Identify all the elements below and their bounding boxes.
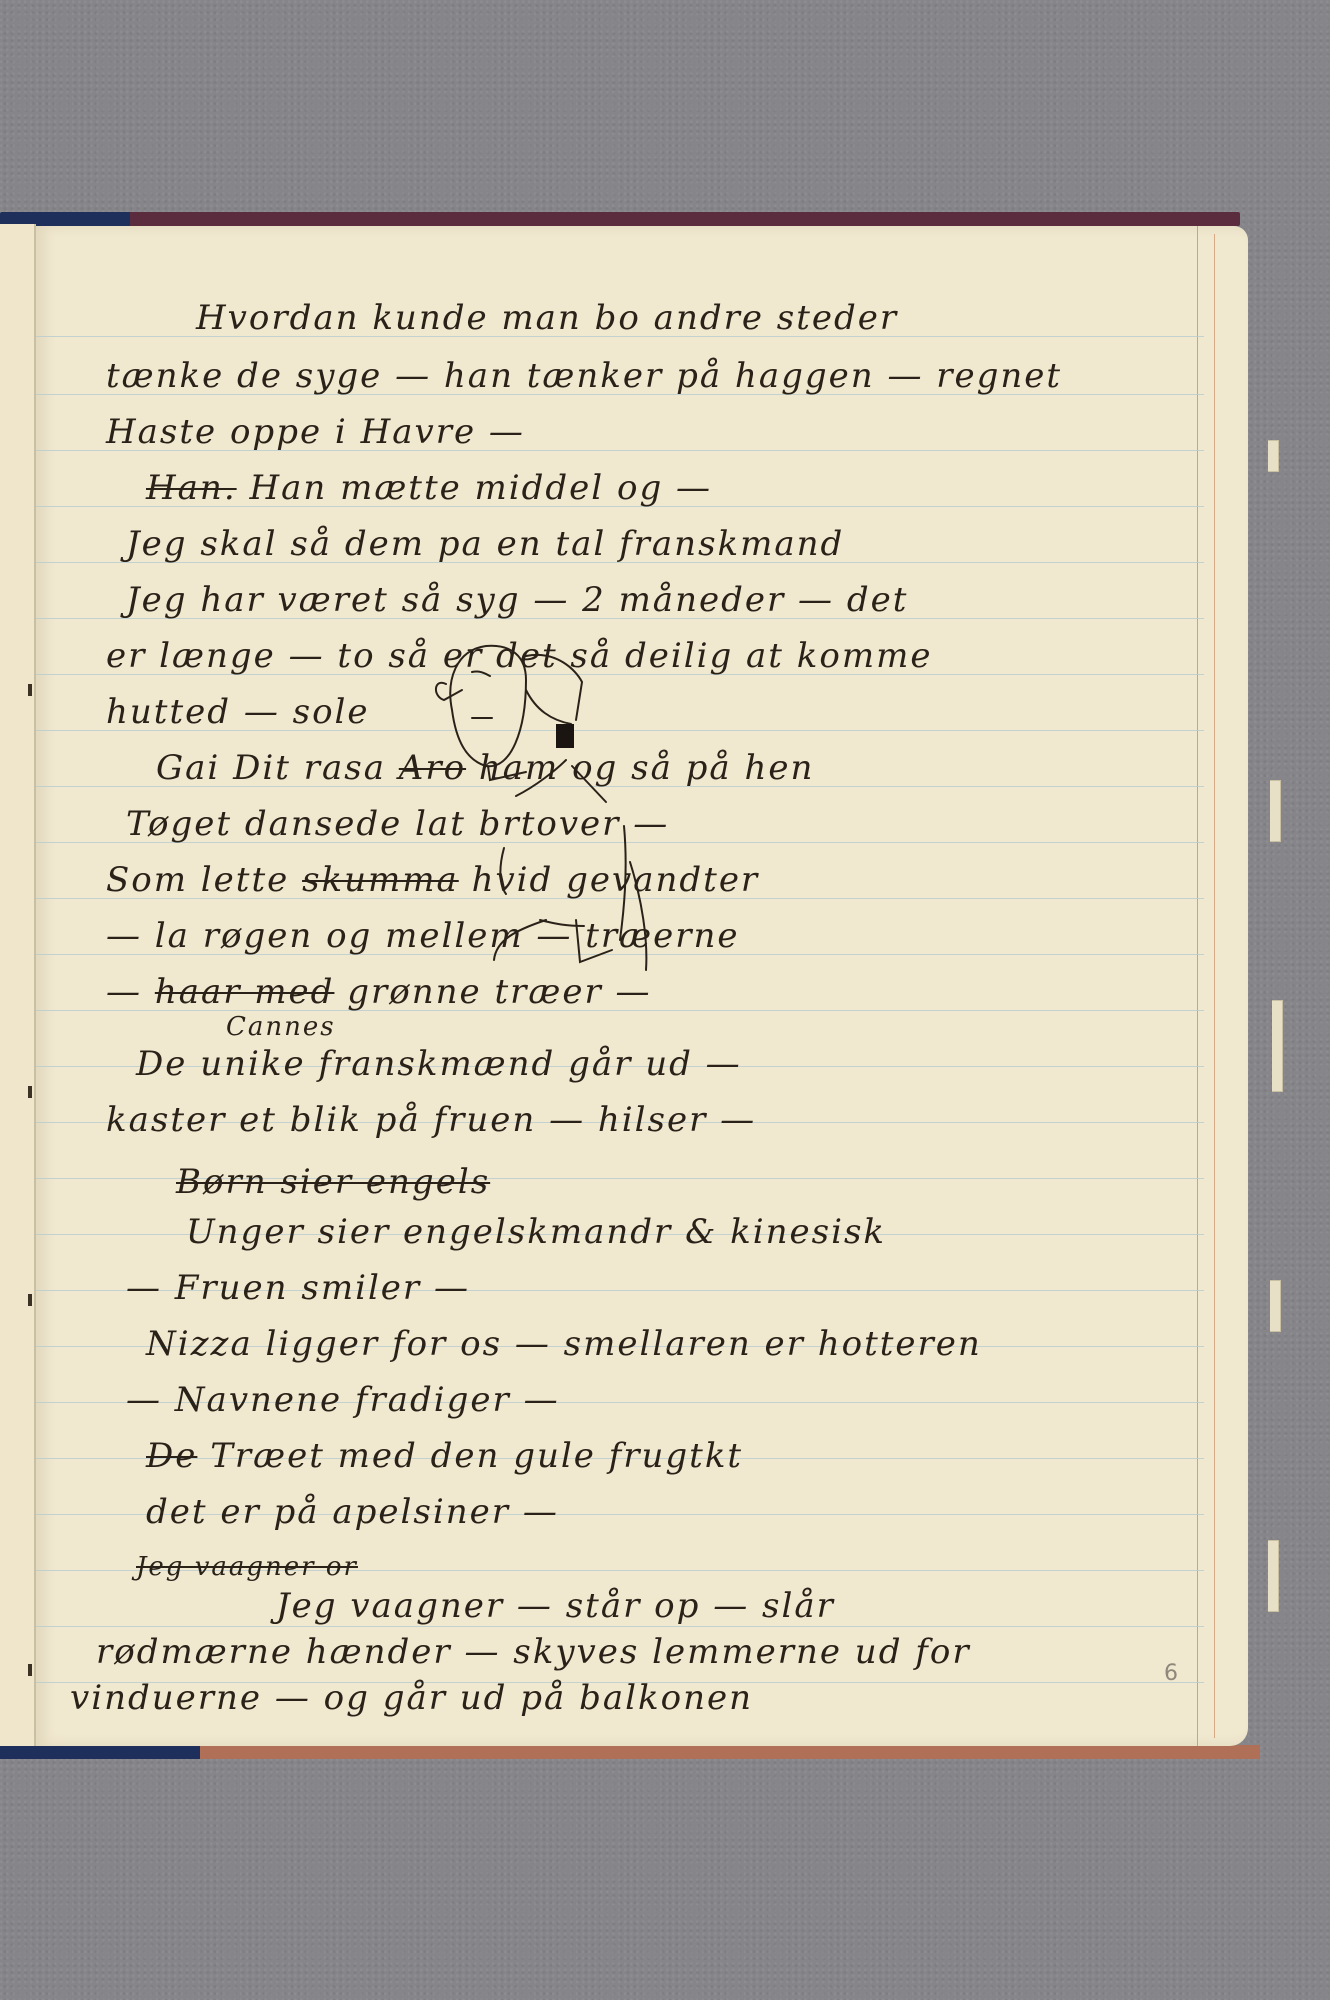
struck-text: Børn sier engels	[176, 1162, 490, 1202]
binding-stitch	[28, 1086, 32, 1098]
page-edge-tab	[1270, 1280, 1281, 1332]
binding-stitch	[28, 684, 32, 696]
handwritten-line: hutted — sole	[106, 692, 370, 732]
handwritten-line: Nizza ligger for os — smellaren er hotte…	[146, 1324, 982, 1364]
handwritten-line: vinduerne — og går ud på balkonen	[70, 1678, 753, 1718]
handwritten-line: De Træet med den gule frugtkt	[146, 1436, 743, 1476]
handwritten-line: det er på apelsiner —	[146, 1492, 559, 1532]
page-edge-tab	[1268, 1540, 1279, 1612]
handwritten-line: Børn sier engels	[176, 1162, 490, 1202]
handwritten-line: — Fruen smiler —	[126, 1268, 470, 1308]
handwritten-line: Jeg vaagner — står op — slår	[276, 1586, 835, 1626]
binding-stitch	[28, 1664, 32, 1676]
struck-text: haar med	[155, 972, 335, 1012]
portrait-sketch-icon	[416, 620, 676, 980]
handwritten-line: kaster et blik på fruen — hilser —	[106, 1100, 756, 1140]
handwritten-line: Han. Han mætte middel og —	[146, 468, 712, 508]
page-number: 6	[1164, 1661, 1178, 1686]
handwritten-line: Hvordan kunde man bo andre steder	[196, 298, 898, 338]
struck-text: Jeg vaagner or	[136, 1552, 358, 1582]
struck-text: Han.	[146, 468, 237, 508]
notebook-cover-bottom-edge	[0, 1745, 1260, 1759]
page-margin-lines	[1197, 226, 1238, 1746]
handwritten-line: — Navnene fradiger —	[126, 1380, 560, 1420]
notebook-cover-top-edge	[0, 212, 1240, 226]
handwritten-line: rødmærne hænder — skyves lemmerne ud for	[96, 1632, 971, 1672]
handwritten-line: Jeg har været så syg — 2 måneder — det	[126, 580, 908, 620]
binding-stitch	[28, 1294, 32, 1306]
handwritten-line: Jeg vaagner or	[136, 1552, 358, 1582]
page-edge-tab	[1270, 780, 1281, 842]
interlinear-annotation: Cannes	[226, 1012, 336, 1042]
left-page-strip	[0, 224, 36, 1746]
notebook-page: Hvordan kunde man bo andre steder tænke …	[36, 226, 1248, 1746]
page-edge-tab	[1268, 440, 1279, 472]
handwritten-line: tænke de syge — han tænker på haggen — r…	[106, 356, 1062, 396]
handwritten-line: Haste oppe i Havre —	[106, 412, 525, 452]
page-edge-tab	[1272, 1000, 1283, 1092]
rule-line	[36, 1626, 1204, 1627]
handwritten-line: Unger sier engelskmandr & kinesisk	[186, 1212, 886, 1252]
handwritten-line: De unike franskmænd går ud —	[136, 1044, 742, 1084]
struck-text: De	[146, 1436, 197, 1476]
handwritten-line: Jeg skal så dem pa en tal franskmand	[126, 524, 844, 564]
